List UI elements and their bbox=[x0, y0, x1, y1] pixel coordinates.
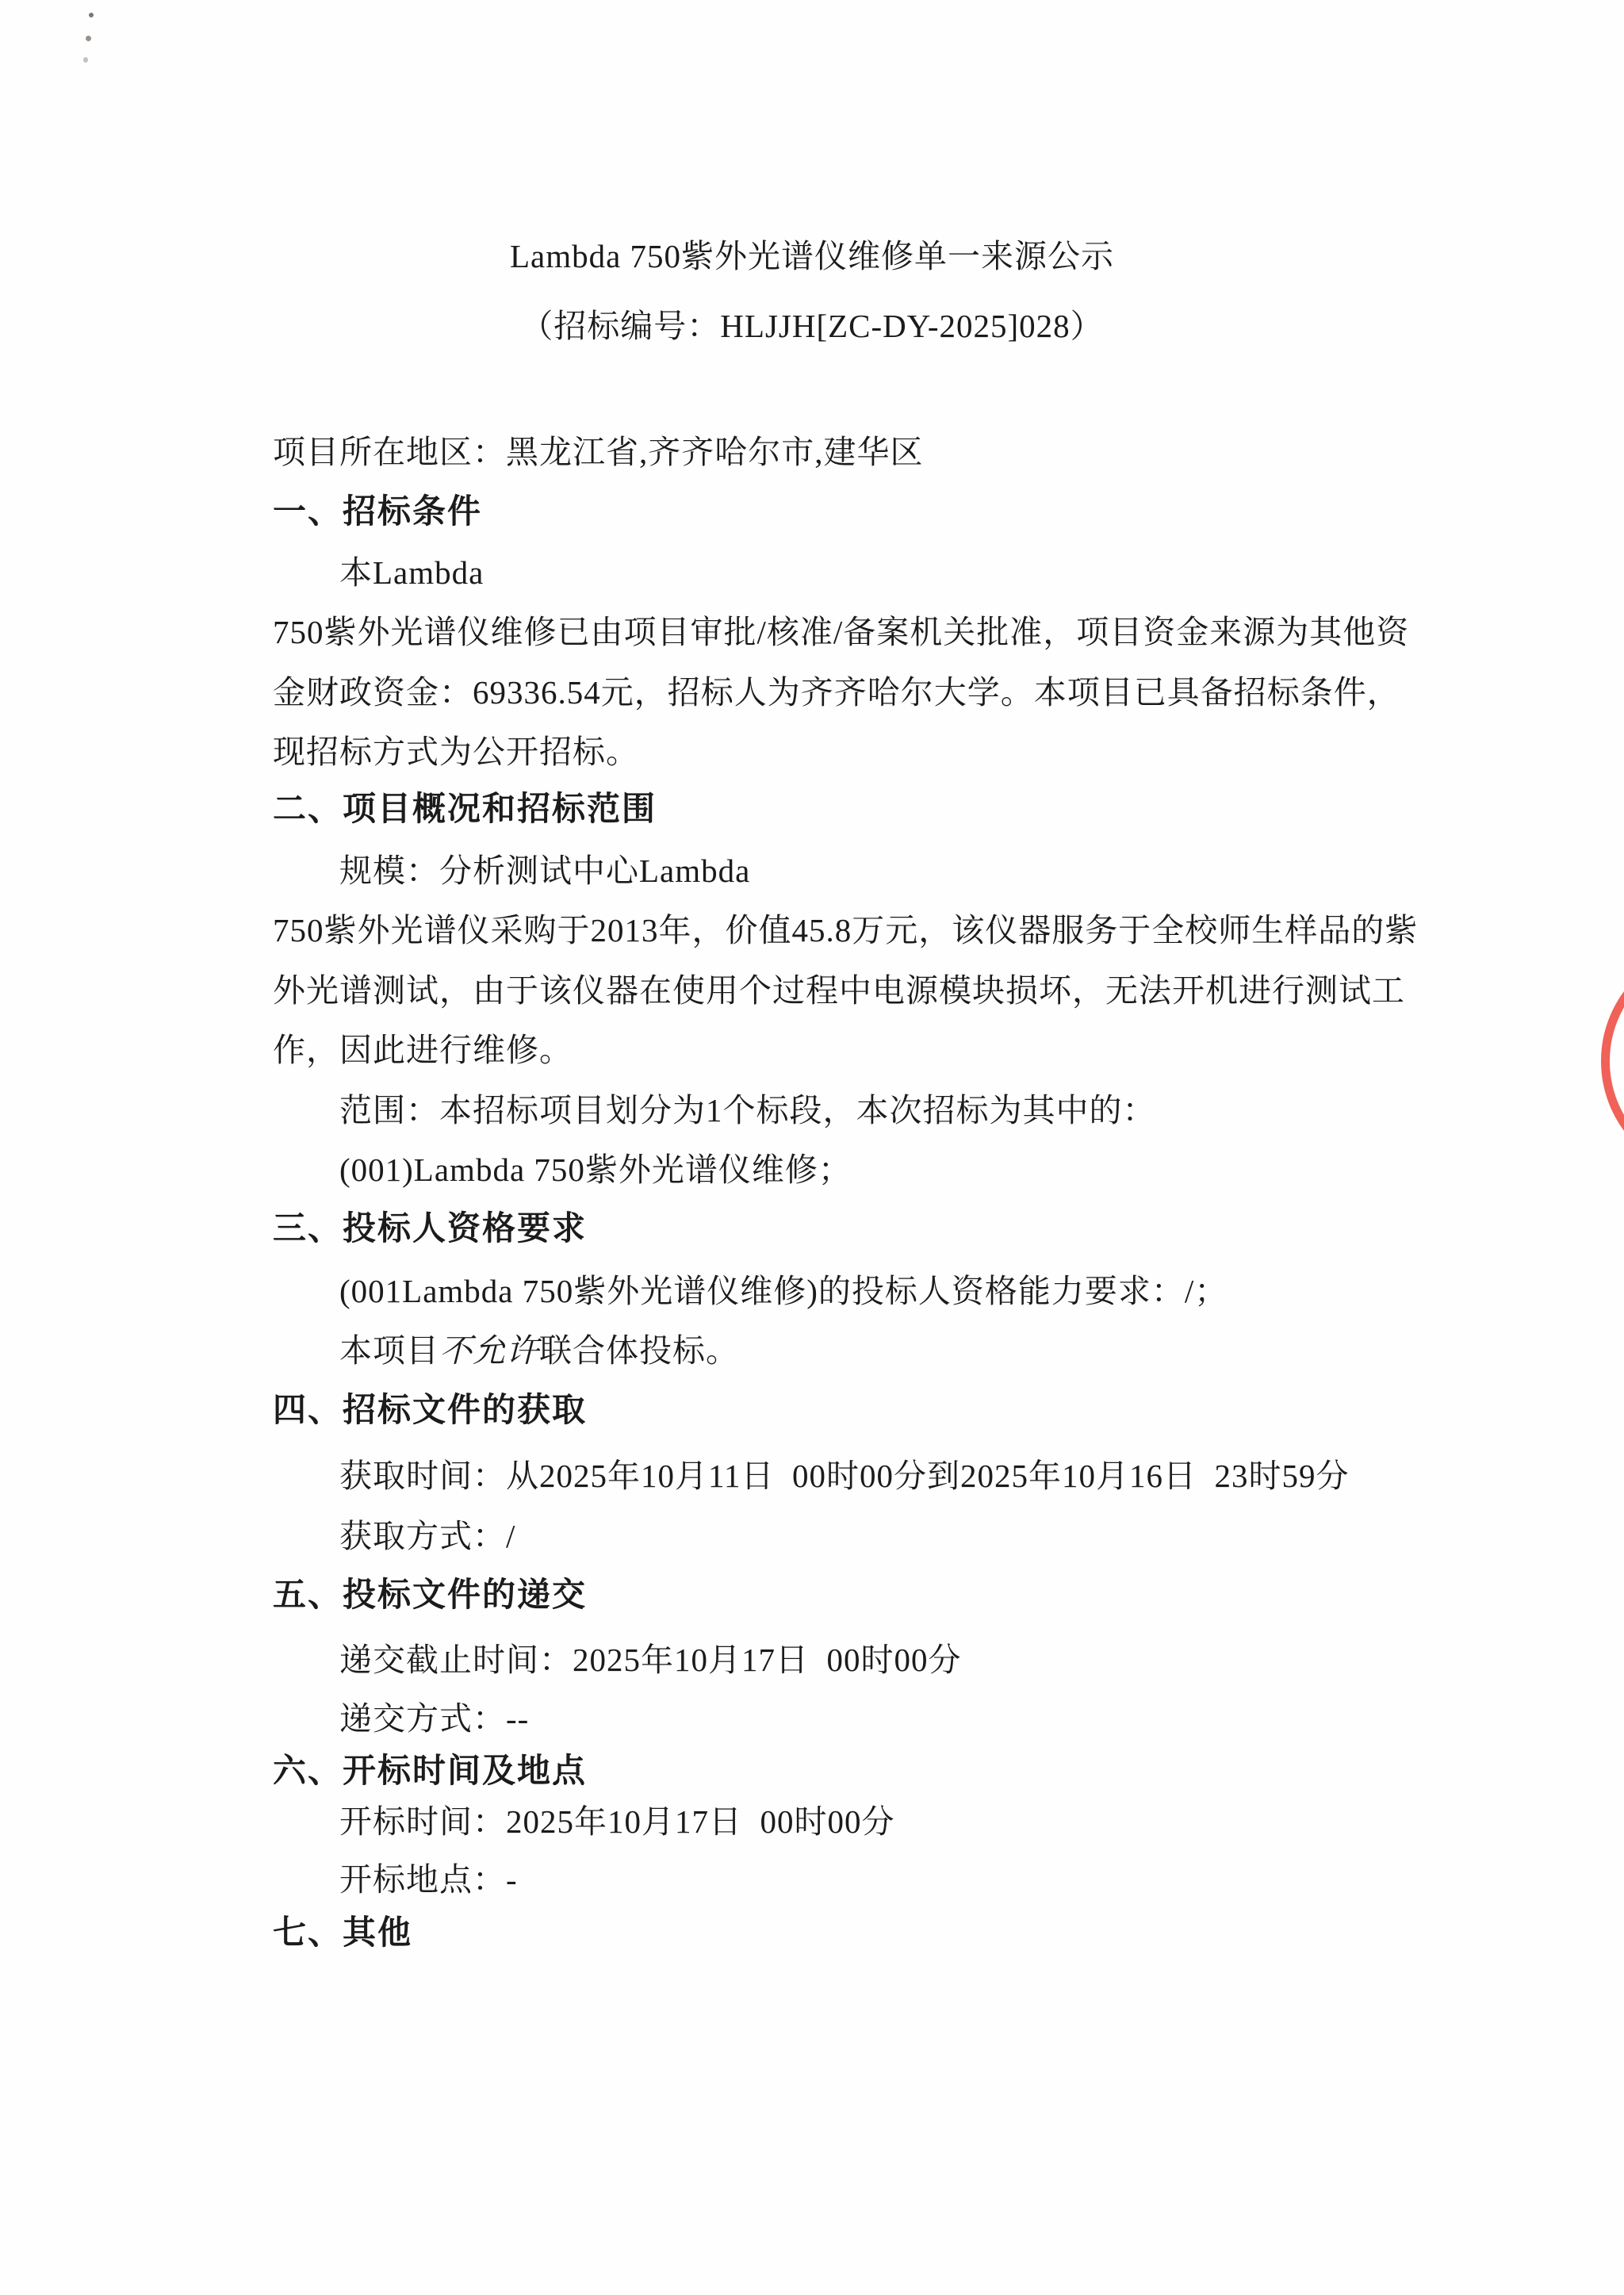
section-1-heading: 一、招标条件 bbox=[273, 492, 482, 531]
section-1-line: 本Lambda bbox=[339, 553, 484, 592]
document-page: Lambda 750紫外光谱仪维修单一来源公示 （招标编号：HLJJH[ZC-D… bbox=[0, 0, 1624, 2295]
section-6-line: 开标地点：- bbox=[339, 1860, 518, 1899]
section-1-line: 750紫外光谱仪维修已由项目审批/核准/备案机关批准，项目资金来源为其他资 bbox=[273, 612, 1409, 652]
scan-speck bbox=[89, 13, 94, 17]
section-6-line: 开标时间：2025年10月17日 00时00分 bbox=[339, 1802, 895, 1841]
section-1-line: 金财政资金：69336.54元，招标人为齐齐哈尔大学。本项目已具备招标条件， bbox=[273, 672, 1400, 712]
section-6-heading: 六、开标时间及地点 bbox=[273, 1751, 587, 1791]
joint-bid-not-allowed: 不允许 bbox=[439, 1332, 539, 1369]
scan-speck bbox=[86, 36, 91, 41]
section-7-heading: 七、其他 bbox=[273, 1913, 412, 1952]
section-4-line: 获取方式：/ bbox=[339, 1516, 515, 1556]
section-3-line: 本项目不允许联合体投标。 bbox=[339, 1331, 739, 1370]
section-2-heading: 二、项目概况和招标范围 bbox=[273, 789, 657, 829]
section-1-line: 现招标方式为公开招标。 bbox=[273, 732, 639, 772]
section-4-line: 获取时间：从2025年10月11日 00时00分到2025年10月16日 23时… bbox=[339, 1456, 1349, 1496]
section-2-line: 范围：本招标项目划分为1个标段，本次招标为其中的： bbox=[339, 1090, 1156, 1130]
section-2-line: 规模：分析测试中心Lambda bbox=[339, 851, 750, 891]
section-5-heading: 五、投标文件的递交 bbox=[273, 1575, 587, 1615]
section-5-line: 递交截止时间：2025年10月17日 00时00分 bbox=[339, 1640, 962, 1680]
section-3-line: (001Lambda 750紫外光谱仪维修)的投标人资格能力要求：/； bbox=[339, 1271, 1228, 1311]
section-2-line: (001)Lambda 750紫外光谱仪维修； bbox=[339, 1150, 852, 1190]
document-title: Lambda 750紫外光谱仪维修单一来源公示 bbox=[0, 236, 1624, 276]
section-2-line: 作，因此进行维修。 bbox=[273, 1030, 573, 1070]
section-3-heading: 三、投标人资格要求 bbox=[273, 1209, 587, 1248]
section-2-line: 750紫外光谱仪采购于2013年，价值45.8万元，该仪器服务于全校师生样品的紫 bbox=[273, 910, 1418, 950]
joint-bid-prefix: 本项目 bbox=[339, 1332, 439, 1369]
red-stamp-arc bbox=[1601, 944, 1624, 1178]
scan-speck bbox=[83, 57, 88, 63]
tender-number: （招标编号：HLJJH[ZC-DY-2025]028） bbox=[0, 306, 1624, 346]
joint-bid-suffix: 联合体投标。 bbox=[539, 1332, 739, 1369]
section-5-line: 递交方式：-- bbox=[339, 1699, 529, 1738]
section-4-heading: 四、招标文件的获取 bbox=[273, 1390, 587, 1430]
section-2-line: 外光谱测试，由于该仪器在使用个过程中电源模块损坏，无法开机进行测试工 bbox=[273, 971, 1405, 1010]
project-location: 项目所在地区：黑龙江省,齐齐哈尔市,建华区 bbox=[273, 432, 924, 472]
